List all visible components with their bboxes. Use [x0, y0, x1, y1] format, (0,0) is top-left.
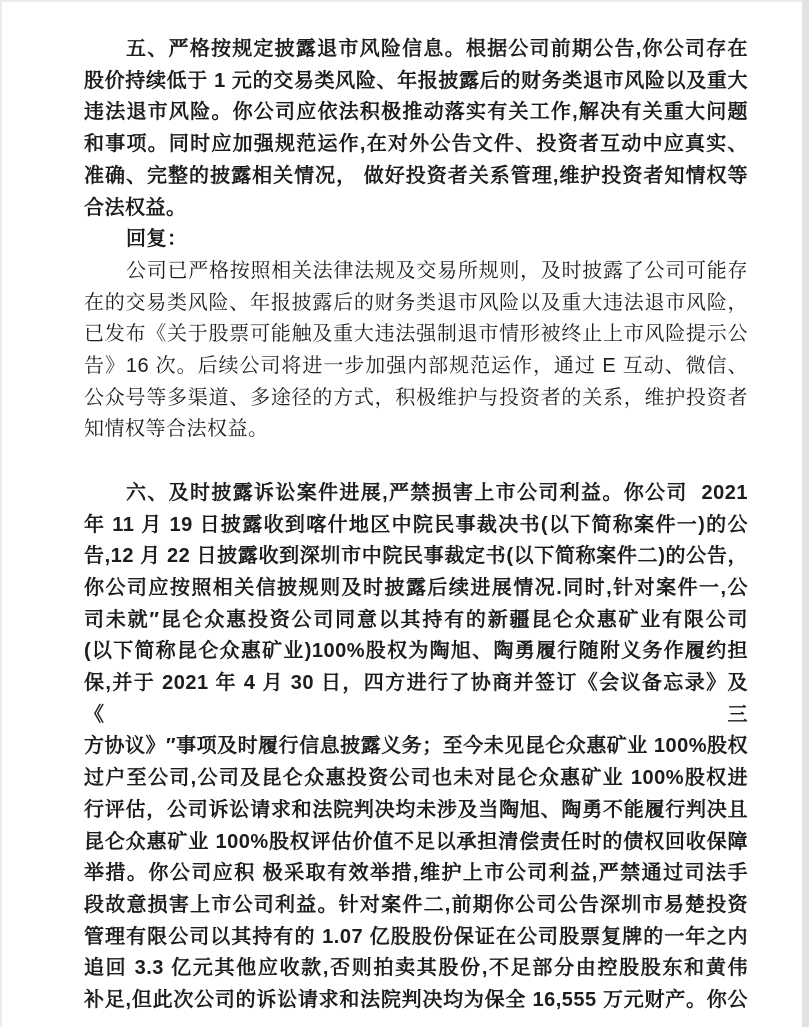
- inquiry-item-5-line-3: 违法退市风险。你公司应依法积极推动落实有关工作,解决有关重大问题: [84, 97, 748, 129]
- inquiry-item-6-line-4: 你公司应按照相关信披规则及时披露后续进展情况.同时,针对案件一,公: [84, 573, 748, 605]
- inquiry-item-6-line-14: 管理有限公司以其持有的 1.07 亿股股份保证在公司股票复牌的一年之内: [84, 922, 748, 954]
- inquiry-item-6-line-6: (以下简称昆仑众惠矿业)100%股权为陶旭、陶勇履行随附义务作履约担: [84, 636, 748, 668]
- inquiry-item-5-line-6: 合法权益。: [84, 193, 748, 225]
- inquiry-item-6-line-16: 补足,但此次公司的诉讼请求和法院判决均为保全 16,555 万元财产。你公: [84, 985, 748, 1017]
- inquiry-item-5: 五、严格按规定披露退市风险信息。根据公司前期公告,你公司存在股价持续低于 1 元…: [84, 34, 748, 224]
- reply-body: 公司已严格按照相关法律法规及交易所规则，及时披露了公司可能存在的交易类风险、年报…: [84, 256, 748, 446]
- inquiry-item-6-line-12: 举措。你公司应积 极采取有效举措,维护上市公司利益,严禁通过司法手: [84, 858, 748, 890]
- reply-body-line-5: 公众号等多渠道、多途径的方式，积极维护与投资者的关系，维护投资者: [84, 383, 748, 415]
- inquiry-item-5-line-4: 和事项。同时应加强规范运作,在对外公告文件、投资者互动中应真实、: [84, 129, 748, 161]
- inquiry-item-5-line-1: 五、严格按规定披露退市风险信息。根据公司前期公告,你公司存在: [84, 34, 748, 66]
- reply-label-line-1: 回复：: [84, 224, 748, 256]
- reply-body-line-4: 告》16 次。后续公司将进一步加强内部规范运作，通过 E 互动、微信、: [84, 351, 748, 383]
- reply-body-line-3: 已发布《关于股票可能触及重大违法强制退市情形被终止上市风险提示公: [84, 319, 748, 351]
- document-text-block: 五、严格按规定披露退市风险信息。根据公司前期公告,你公司存在股价持续低于 1 元…: [84, 34, 748, 1017]
- reply-label: 回复：: [84, 224, 748, 256]
- inquiry-item-5-line-5: 准确、完整的披露相关情况， 做好投资者关系管理,维护投资者知情权等: [84, 161, 748, 193]
- inquiry-item-6-line-2: 年 11 月 19 日披露收到喀什地区中院民事裁决书(以下简称案件一)的公: [84, 510, 748, 542]
- inquiry-item-6-line-11: 昆仑众惠矿业 100%股权评估价值不足以承担清偿责任时的债权回收保障: [84, 827, 748, 859]
- scan-edge-left: [0, 0, 2, 1027]
- inquiry-item-6-line-10: 行评估，公司诉讼请求和法院判决均未涉及当陶旭、陶勇不能履行判决且: [84, 795, 748, 827]
- inquiry-item-6-line-1: 六、及时披露诉讼案件进展,严禁损害上市公司利益。你公司 2021: [84, 478, 748, 510]
- scan-edge-right: [802, 0, 809, 1027]
- reply-body-line-6: 知情权等合法权益。: [84, 414, 748, 446]
- inquiry-item-6-line-15: 追回 3.3 亿元其他应收款,否则拍卖其股份,不足部分由控股股东和黄伟: [84, 953, 748, 985]
- inquiry-item-6-line-7: 保,并于 2021 年 4 月 30 日，四方进行了协商并签订《会议备忘录》及《…: [84, 668, 748, 731]
- inquiry-item-6-line-5: 司未就″昆仑众惠投资公司同意以其持有的新疆昆仑众惠矿业有限公司: [84, 605, 748, 637]
- inquiry-item-6: 六、及时披露诉讼案件进展,严禁损害上市公司利益。你公司 2021年 11 月 1…: [84, 478, 748, 1017]
- inquiry-item-5-line-2: 股价持续低于 1 元的交易类风险、年报披露后的财务类退市风险以及重大: [84, 66, 748, 98]
- inquiry-item-6-line-3: 告,12 月 22 日披露收到深圳市中院民事裁定书(以下简称案件二)的公告，: [84, 541, 748, 573]
- scan-edge-top: [0, 0, 809, 2]
- inquiry-item-6-line-9: 过户至公司,公司及昆仑众惠投资公司也未对昆仑众惠矿业 100%股权进: [84, 763, 748, 795]
- scanned-document-page: { "page": { "width_px": 809, "height_px"…: [0, 0, 809, 1027]
- reply-body-line-2: 在的交易类风险、年报披露后的财务类退市风险以及重大违法退市风险，: [84, 288, 748, 320]
- inquiry-item-6-line-13: 段故意损害上市公司利益。针对案件二,前期你公司公告深圳市易楚投资: [84, 890, 748, 922]
- inquiry-item-6-line-8: 方协议》″事项及时履行信息披露义务；至今未见昆仑众惠矿业 100%股权: [84, 731, 748, 763]
- reply-body-line-1: 公司已严格按照相关法律法规及交易所规则，及时披露了公司可能存: [84, 256, 748, 288]
